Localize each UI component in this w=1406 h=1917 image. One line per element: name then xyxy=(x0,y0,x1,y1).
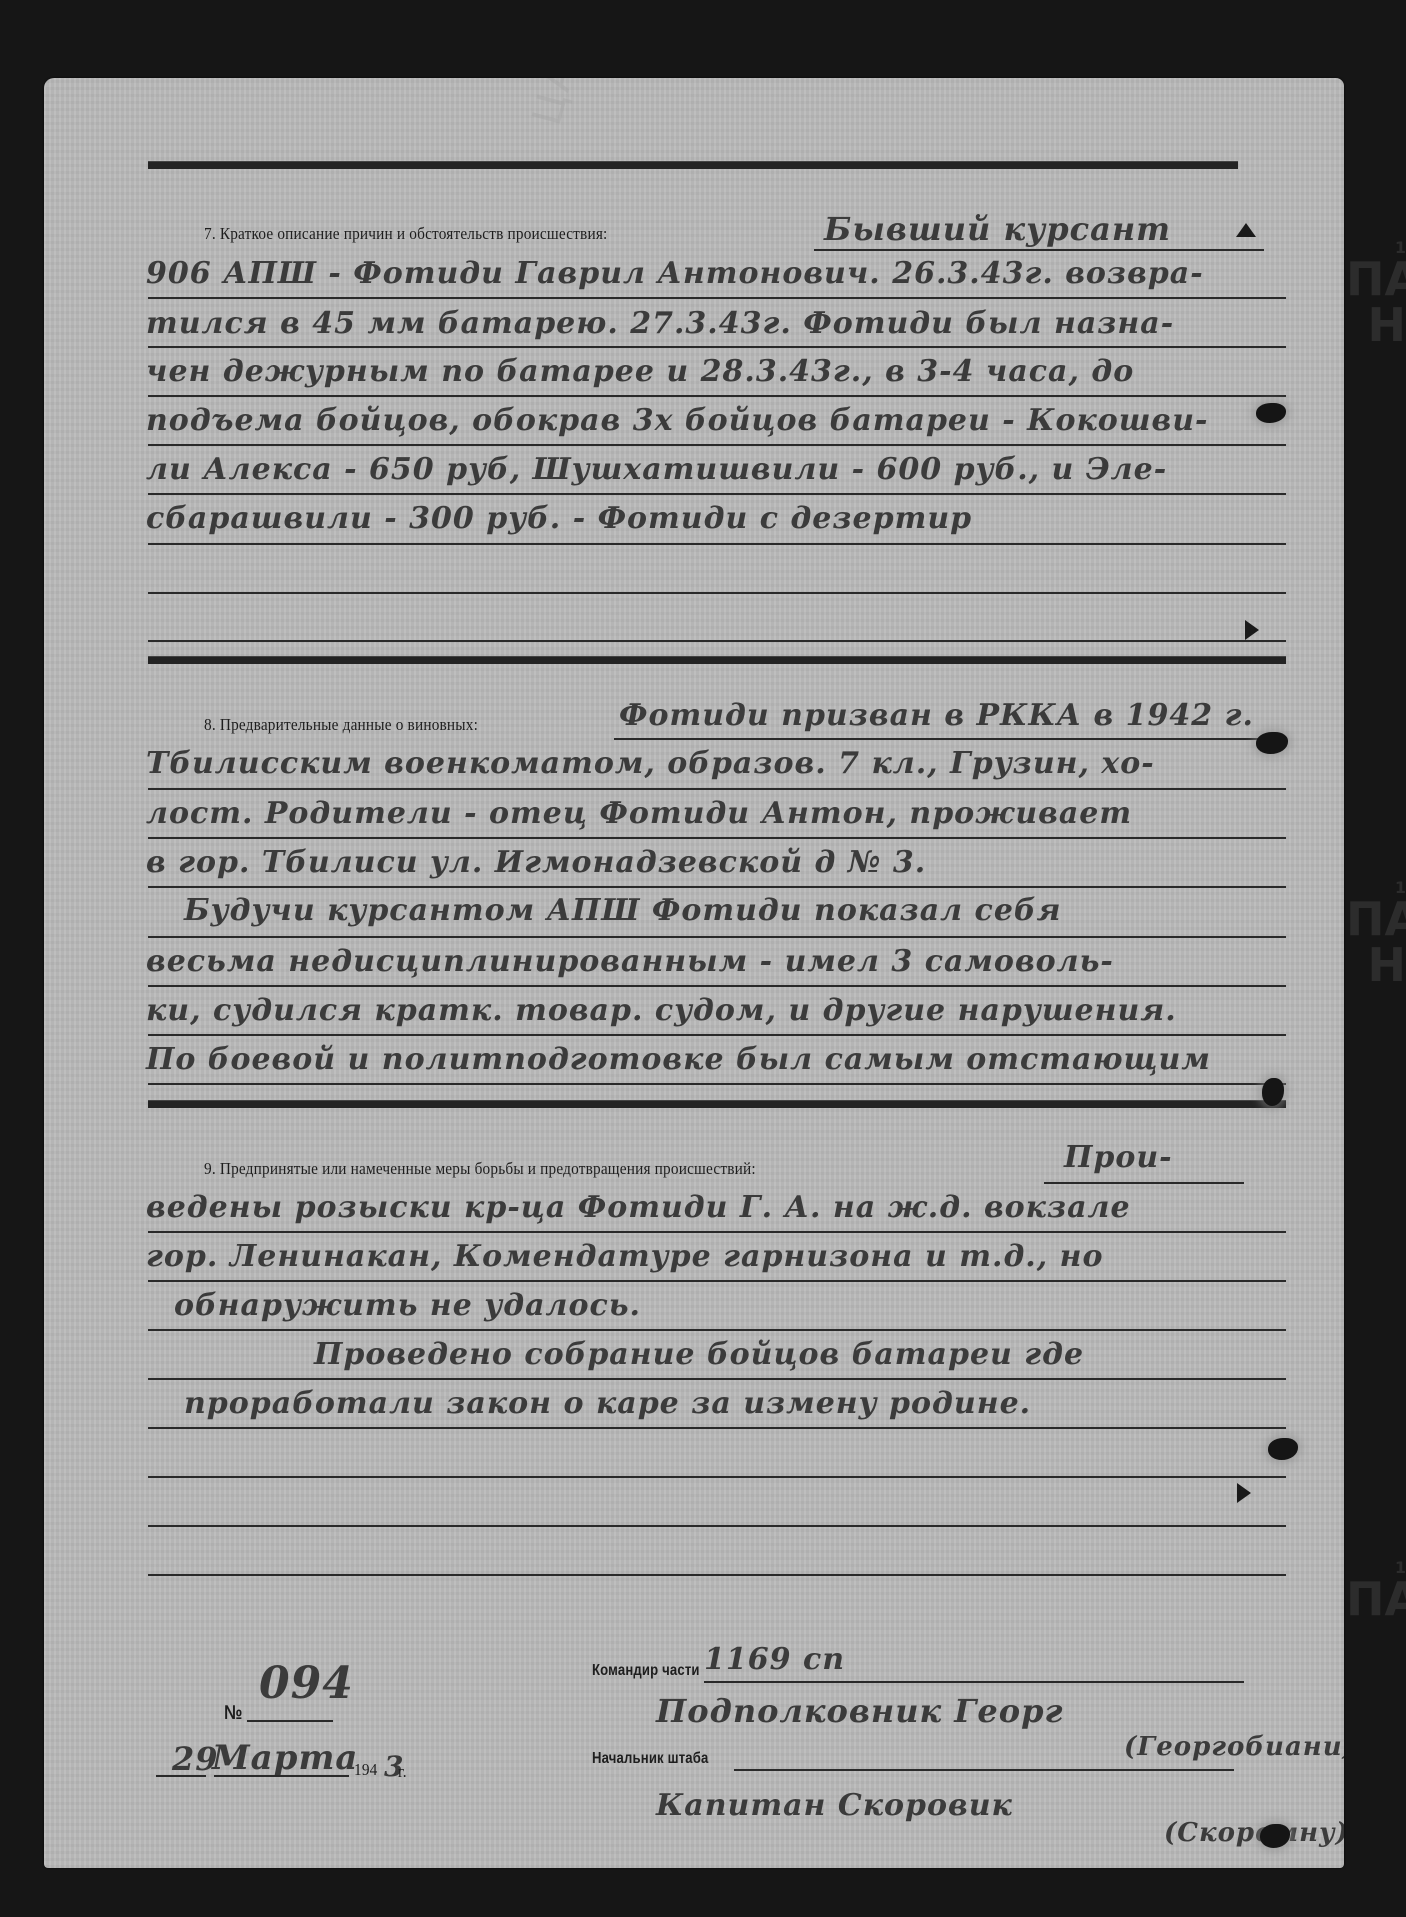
section8-line: лост. Родители - отец Фотиди Антон, прож… xyxy=(146,796,1132,831)
section9-line: гор. Ленинакан, Комендатуре гарнизона и … xyxy=(146,1239,1104,1274)
section-divider xyxy=(148,656,1286,664)
paper-watermark: ЦАМО РФ xyxy=(524,78,626,130)
form-line xyxy=(148,543,1286,545)
section7-line: ли Алекса - 650 руб, Шушхатишвили - 600 … xyxy=(146,452,1167,487)
section8-line: Тбилисским военкоматом, образов. 7 кл., … xyxy=(146,746,1155,781)
commander-unit: 1169 сп xyxy=(704,1642,845,1677)
form-line xyxy=(148,1525,1286,1527)
form-line xyxy=(148,297,1286,299)
number-line xyxy=(247,1720,333,1722)
section8-label: 8. Предварительные данные о виновных: xyxy=(204,715,478,735)
form-line xyxy=(614,738,1274,740)
section7-line: чен дежурным по батарее и 28.3.43г., в 3… xyxy=(146,354,1134,389)
section9-line: ведены розыски кр-ца Фотиди Г. А. на ж.д… xyxy=(146,1190,1131,1225)
watermark-text: ПА xyxy=(1346,1576,1406,1622)
section8-line: Фотиди призван в РККА в 1942 г. xyxy=(619,698,1254,733)
form-line xyxy=(148,1280,1286,1282)
form-line xyxy=(1044,1182,1244,1184)
date-month-line xyxy=(214,1775,349,1777)
form-line xyxy=(148,1574,1286,1576)
archive-watermark: 1 ПА xyxy=(1346,1560,1406,1622)
form-line xyxy=(148,1427,1286,1429)
form-line xyxy=(148,1083,1286,1085)
archive-watermark: 1 ПА Н xyxy=(1346,880,1406,988)
section8-line: Будучи курсантом АПШ Фотиди показал себя xyxy=(184,893,1061,928)
section7-line: тился в 45 мм батарею. 27.3.43г. Фотиди … xyxy=(146,306,1174,341)
margin-mark xyxy=(1237,1483,1251,1503)
date-year-prefix: 194 xyxy=(354,1760,377,1780)
form-line xyxy=(148,1231,1286,1233)
form-line xyxy=(148,444,1286,446)
form-line xyxy=(148,886,1286,888)
margin-mark xyxy=(1236,223,1256,237)
chief-of-staff-name: (Скоромну) xyxy=(1164,1818,1344,1848)
number-value: 094 xyxy=(259,1658,354,1709)
commander-label: Командир части xyxy=(592,1662,700,1680)
date-year-unit: г. xyxy=(398,1762,407,1782)
watermark-text: Н xyxy=(1346,302,1406,348)
chief-of-staff-signature: Капитан Скоровик xyxy=(656,1788,1013,1823)
form-line xyxy=(148,346,1286,348)
binding-hole xyxy=(1268,1438,1298,1460)
form-line xyxy=(148,640,1286,642)
form-line xyxy=(814,249,1264,251)
top-divider xyxy=(148,161,1238,169)
binding-hole xyxy=(1256,732,1288,754)
form-line xyxy=(148,1378,1286,1380)
form-line xyxy=(148,1476,1286,1478)
form-line xyxy=(148,592,1286,594)
form-line xyxy=(148,788,1286,790)
chief-of-staff-label: Начальник штаба xyxy=(592,1750,708,1768)
date-month: Марта xyxy=(212,1738,358,1778)
form-line xyxy=(148,837,1286,839)
document-page: ЦАМО РФ 7. Краткое описание причин и обс… xyxy=(44,78,1344,1868)
archive-watermark: 1 ПА Н xyxy=(1346,240,1406,348)
section7-line: Бывший курсант xyxy=(824,210,1171,248)
section-divider xyxy=(148,1100,1286,1108)
section8-line: в гор. Тбилиси ул. Игмонадзевской д № 3. xyxy=(146,845,926,880)
section7-line: подъема бойцов, обокрав 3х бойцов батаре… xyxy=(146,403,1208,438)
commander-line xyxy=(704,1681,1244,1683)
form-line xyxy=(148,1329,1286,1331)
section9-line: обнаружить не удалось. xyxy=(174,1288,641,1323)
section7-label: 7. Краткое описание причин и обстоятельс… xyxy=(204,224,607,244)
number-label: № xyxy=(224,1702,242,1725)
watermark-text: Н xyxy=(1346,942,1406,988)
section8-line: ки, судился кратк. товар. судом, и други… xyxy=(146,993,1177,1028)
section8-line: По боевой и политподготовке был самым от… xyxy=(146,1042,1211,1077)
section9-line: проработали закон о каре за измену родин… xyxy=(184,1386,1031,1421)
form-line xyxy=(148,395,1286,397)
commander-name: (Георгобиани) xyxy=(1124,1732,1344,1762)
form-line xyxy=(148,493,1286,495)
form-line xyxy=(148,985,1286,987)
section7-line: сбарашвили - 300 руб. - Фотиди с дезерти… xyxy=(146,501,972,536)
form-line xyxy=(148,936,1286,938)
watermark-text: ПА xyxy=(1346,256,1406,302)
chief-of-staff-line xyxy=(734,1769,1234,1771)
form-line xyxy=(148,1034,1286,1036)
section9-line: Проведено собрание бойцов батареи где xyxy=(314,1337,1084,1372)
commander-signature: Подполковник Георг xyxy=(656,1692,1063,1730)
margin-mark xyxy=(1245,620,1259,640)
date-day-line xyxy=(156,1775,206,1777)
watermark-text: ПА xyxy=(1346,896,1406,942)
section9-line: Прои- xyxy=(1064,1140,1173,1175)
section8-line: весьма недисциплинированным - имел 3 сам… xyxy=(146,944,1114,979)
binding-hole xyxy=(1256,403,1286,423)
section9-label: 9. Предпринятые или намеченные меры борь… xyxy=(204,1159,756,1179)
section7-line: 906 АПШ - Фотиди Гаврил Антонович. 26.3.… xyxy=(146,256,1204,291)
